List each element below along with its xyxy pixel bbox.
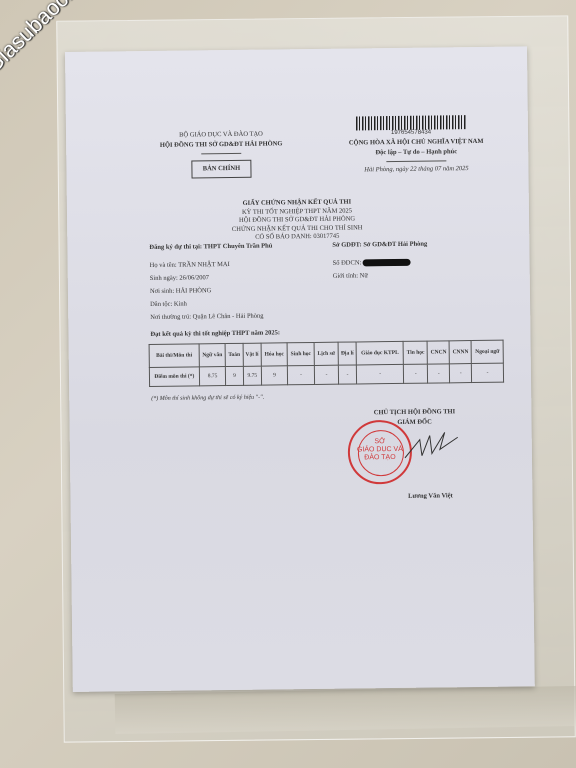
header-left: BỘ GIÁO DỤC VÀ ĐÀO TẠO HỘI ĐỒNG THI SỞ G… bbox=[126, 129, 317, 179]
table-header-cell: Giáo dục KTPL bbox=[356, 341, 403, 365]
table-header-cell: CNNN bbox=[449, 341, 471, 364]
scores-table: Bài thi/Môn thiNgữ vănToánVật líHóa họcS… bbox=[149, 340, 504, 387]
score-cell: 9 bbox=[226, 366, 243, 385]
score-cell: - bbox=[315, 365, 339, 384]
score-cell: - bbox=[357, 364, 404, 384]
results-title: Đạt kết quả kỳ thi tốt nghiệp THPT năm 2… bbox=[150, 329, 280, 338]
certificate-paper: BỘ GIÁO DỤC VÀ ĐÀO TẠO HỘI ĐỒNG THI SỞ G… bbox=[65, 46, 535, 692]
redacted-id bbox=[363, 259, 411, 267]
score-cell: 8.75 bbox=[199, 367, 226, 386]
score-cell: 9.75 bbox=[243, 366, 262, 385]
table-header-cell: CNCN bbox=[427, 341, 449, 364]
row-label: Điểm môn thi (*) bbox=[149, 367, 199, 387]
table-header-cell: Hóa học bbox=[261, 343, 287, 366]
table-header-cell: Ngoại ngữ bbox=[471, 340, 503, 363]
score-cell: - bbox=[338, 365, 356, 384]
signature-icon bbox=[400, 427, 460, 468]
table-header-cell: Sinh học bbox=[287, 342, 314, 365]
table-row: Điểm môn thi (*)8.7599.759-------- bbox=[149, 363, 503, 386]
score-cell: - bbox=[404, 364, 428, 383]
score-cell: 9 bbox=[261, 366, 287, 385]
divider bbox=[201, 153, 241, 154]
table-header-cell: Lịch sử bbox=[314, 342, 338, 365]
student-gender: Giới tính: Nữ bbox=[333, 269, 411, 283]
header-right: CỘNG HÒA XÃ HỘI CHỦ NGHĨA VIỆT NAM Độc l… bbox=[316, 136, 516, 175]
table-header-cell: Vật lí bbox=[243, 343, 262, 366]
student-residence: Nơi thường trú: Quận Lê Chân - Hải Phòng bbox=[150, 310, 263, 324]
score-cell: - bbox=[287, 365, 314, 384]
barcode-icon bbox=[356, 115, 466, 130]
student-info-left: Họ và tên: TRẦN NHẬT MAI Sinh ngày: 26/0… bbox=[150, 258, 264, 324]
student-info-right: Số ĐDCN: Giới tính: Nữ bbox=[333, 256, 412, 283]
footnote: (*) Môn thí sinh không dự thi sẽ có ký h… bbox=[151, 395, 264, 402]
motto: Độc lập – Tự do – Hạnh phúc bbox=[316, 146, 516, 158]
table-header-cell: Tin học bbox=[403, 341, 427, 364]
score-cell: - bbox=[450, 364, 472, 383]
score-cell: - bbox=[428, 364, 450, 383]
signer-name: Lương Văn Việt bbox=[370, 492, 490, 500]
table-header-cell: Toán bbox=[225, 343, 242, 366]
council-name: HỘI ĐỒNG THI SỞ GD&ĐT HẢI PHÒNG bbox=[126, 139, 316, 151]
score-cell: - bbox=[472, 363, 504, 382]
copy-type-badge: BẢN CHÍNH bbox=[192, 160, 252, 179]
table-header-cell: Địa lí bbox=[338, 342, 356, 365]
divider bbox=[386, 160, 446, 162]
sleeve-edge bbox=[115, 686, 576, 734]
registration-school: Đăng ký dự thi tại: THPT Chuyên Trần Phú bbox=[149, 242, 272, 251]
table-header-cell: Bài thi/Môn thi bbox=[149, 344, 199, 368]
title-block: GIẤY CHỨNG NHẬN KẾT QUẢ THI KỲ THI TỐT N… bbox=[147, 197, 447, 243]
table-header-cell: Ngữ văn bbox=[199, 344, 226, 367]
id-label: Số ĐDCN: bbox=[333, 259, 362, 266]
date-line: Hải Phòng, ngày 22 tháng 07 năm 2025 bbox=[316, 163, 516, 175]
registration-dept: Sở GDĐT: Sở GD&ĐT Hải Phòng bbox=[332, 241, 427, 249]
barcode-number: 197654578434 bbox=[356, 129, 466, 136]
